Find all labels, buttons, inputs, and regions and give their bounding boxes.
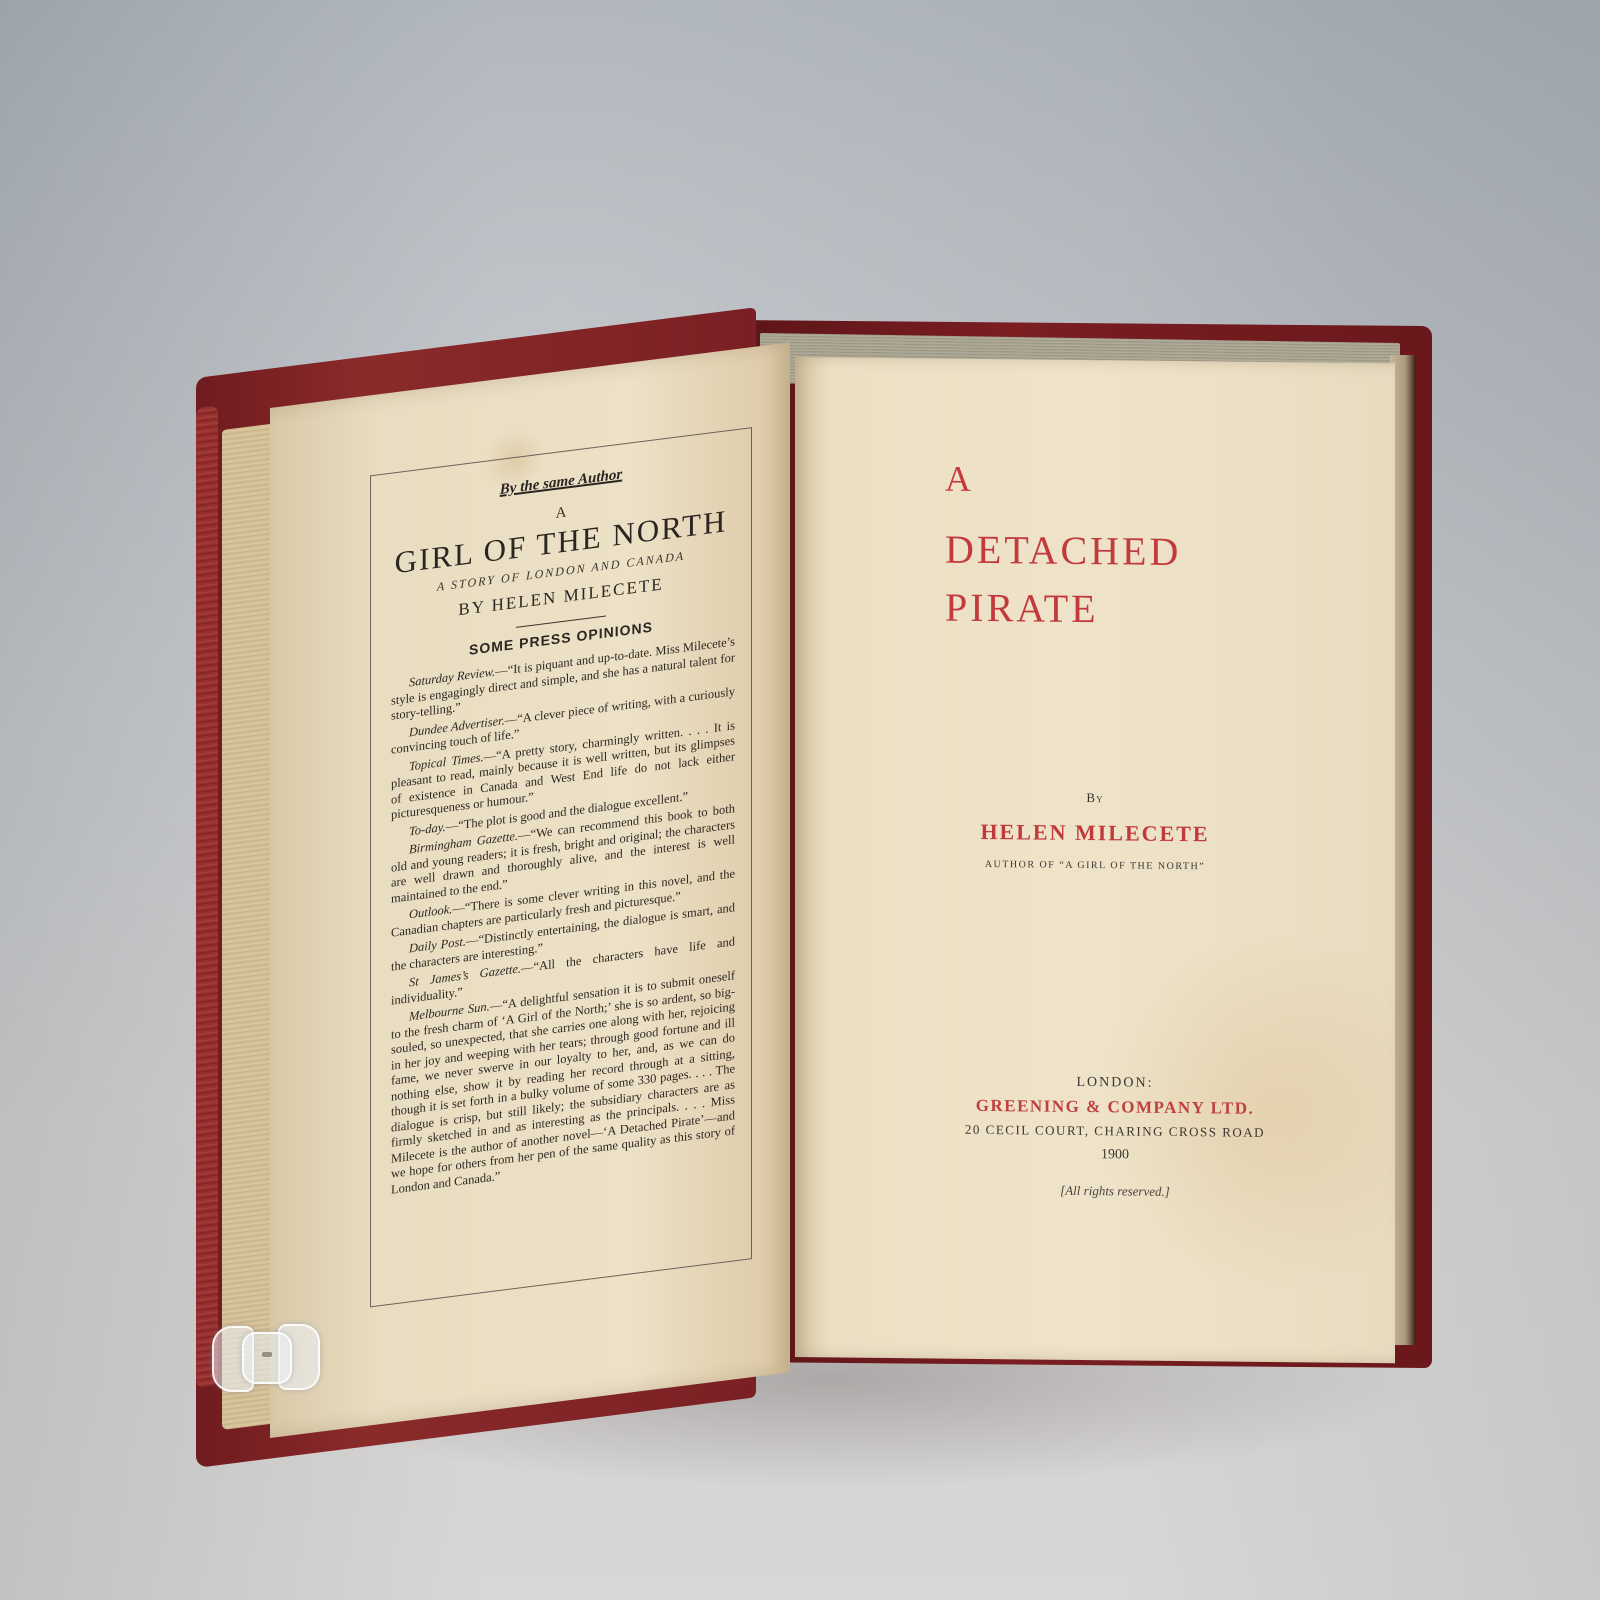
imprint-address: 20 CECIL COURT, CHARING CROSS ROAD (855, 1121, 1375, 1142)
press-opinion: Melbourne Sun.—“A delightful sensation i… (391, 968, 735, 1197)
advertisement-page: By the same Author A GIRL OF THE NORTH A… (270, 342, 790, 1438)
imprint-city: LONDON: (855, 1073, 1375, 1094)
by-label: By (795, 787, 1395, 809)
title-page: A DETACHED PIRATE By HELEN MILECETE AUTH… (795, 357, 1395, 1363)
press-opinions-list: Saturday Review.—“It is piquant and up-t… (371, 632, 751, 1200)
book-title: A DETACHED PIRATE (945, 459, 1181, 639)
title-line-2: PIRATE (945, 579, 1181, 639)
author-note: AUTHOR OF “A GIRL OF THE NORTH” (825, 857, 1365, 874)
imprint-rights: [All rights reserved.] (855, 1181, 1375, 1202)
author-name: HELEN MILECETE (825, 817, 1365, 849)
title-article: A (945, 459, 1181, 501)
advertisement-frame: By the same Author A GIRL OF THE NORTH A… (370, 427, 752, 1307)
page-clip (212, 1320, 322, 1392)
imprint-year: 1900 (855, 1145, 1375, 1166)
imprint: LONDON: GREENING & COMPANY LTD. 20 CECIL… (855, 1073, 1375, 1202)
title-line-1: DETACHED (945, 521, 1181, 581)
imprint-publisher: GREENING & COMPANY LTD. (855, 1095, 1375, 1120)
